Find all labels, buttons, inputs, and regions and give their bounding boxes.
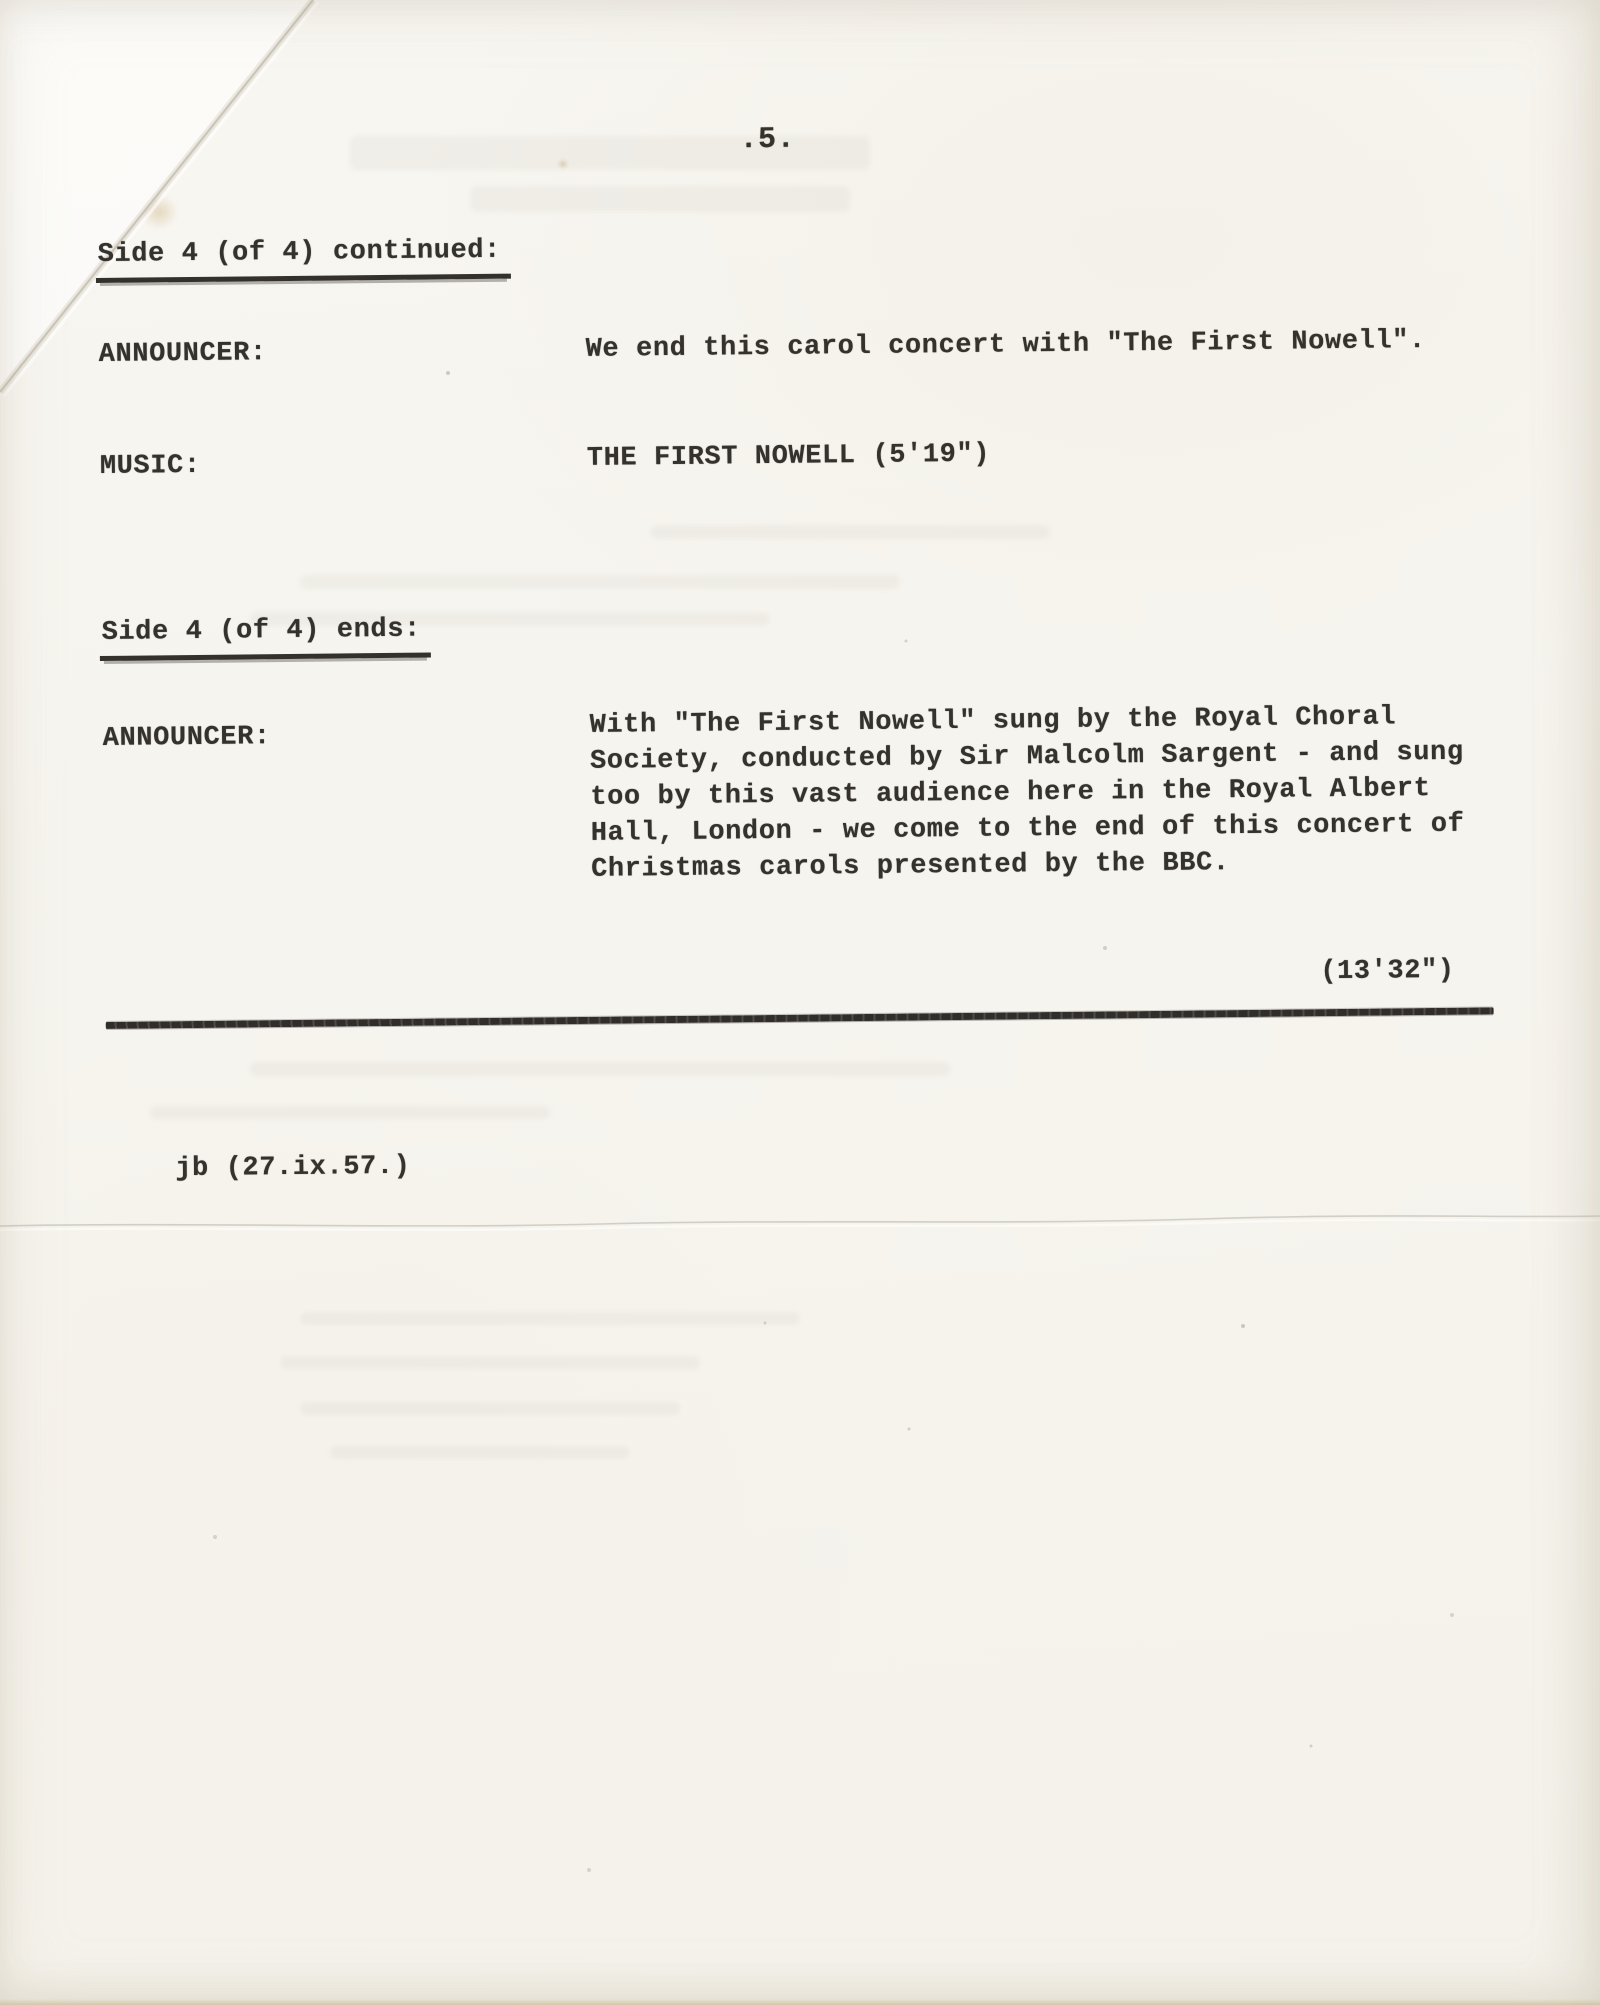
speaker-label-announcer: ANNOUNCER:	[103, 719, 271, 757]
section-heading-side4-ends: Side 4 (of 4) ends:	[99, 612, 431, 661]
section-heading-side4-continued: Side 4 (of 4) continued:	[95, 233, 511, 283]
speaker-label-music: MUSIC:	[100, 448, 201, 485]
scanned-page: .5. Side 4 (of 4) continued: ANNOUNCER: …	[0, 0, 1600, 2005]
total-duration: (13'32")	[1320, 953, 1455, 990]
speaker-label-announcer: ANNOUNCER:	[99, 335, 267, 373]
typist-initials-date: jb (27.ix.57.)	[175, 1149, 411, 1187]
page-number: .5.	[739, 122, 795, 159]
announcer-line: We end this carol concert with "The Firs…	[586, 322, 1516, 368]
end-of-transcript-rule	[106, 1007, 1494, 1029]
music-cue: THE FIRST NOWELL (5'19")	[587, 431, 1517, 477]
announcer-closing-paragraph: With "The First Nowell" sung by the Roya…	[589, 698, 1521, 888]
transcript-content: .5. Side 4 (of 4) continued: ANNOUNCER: …	[0, 0, 1600, 2005]
